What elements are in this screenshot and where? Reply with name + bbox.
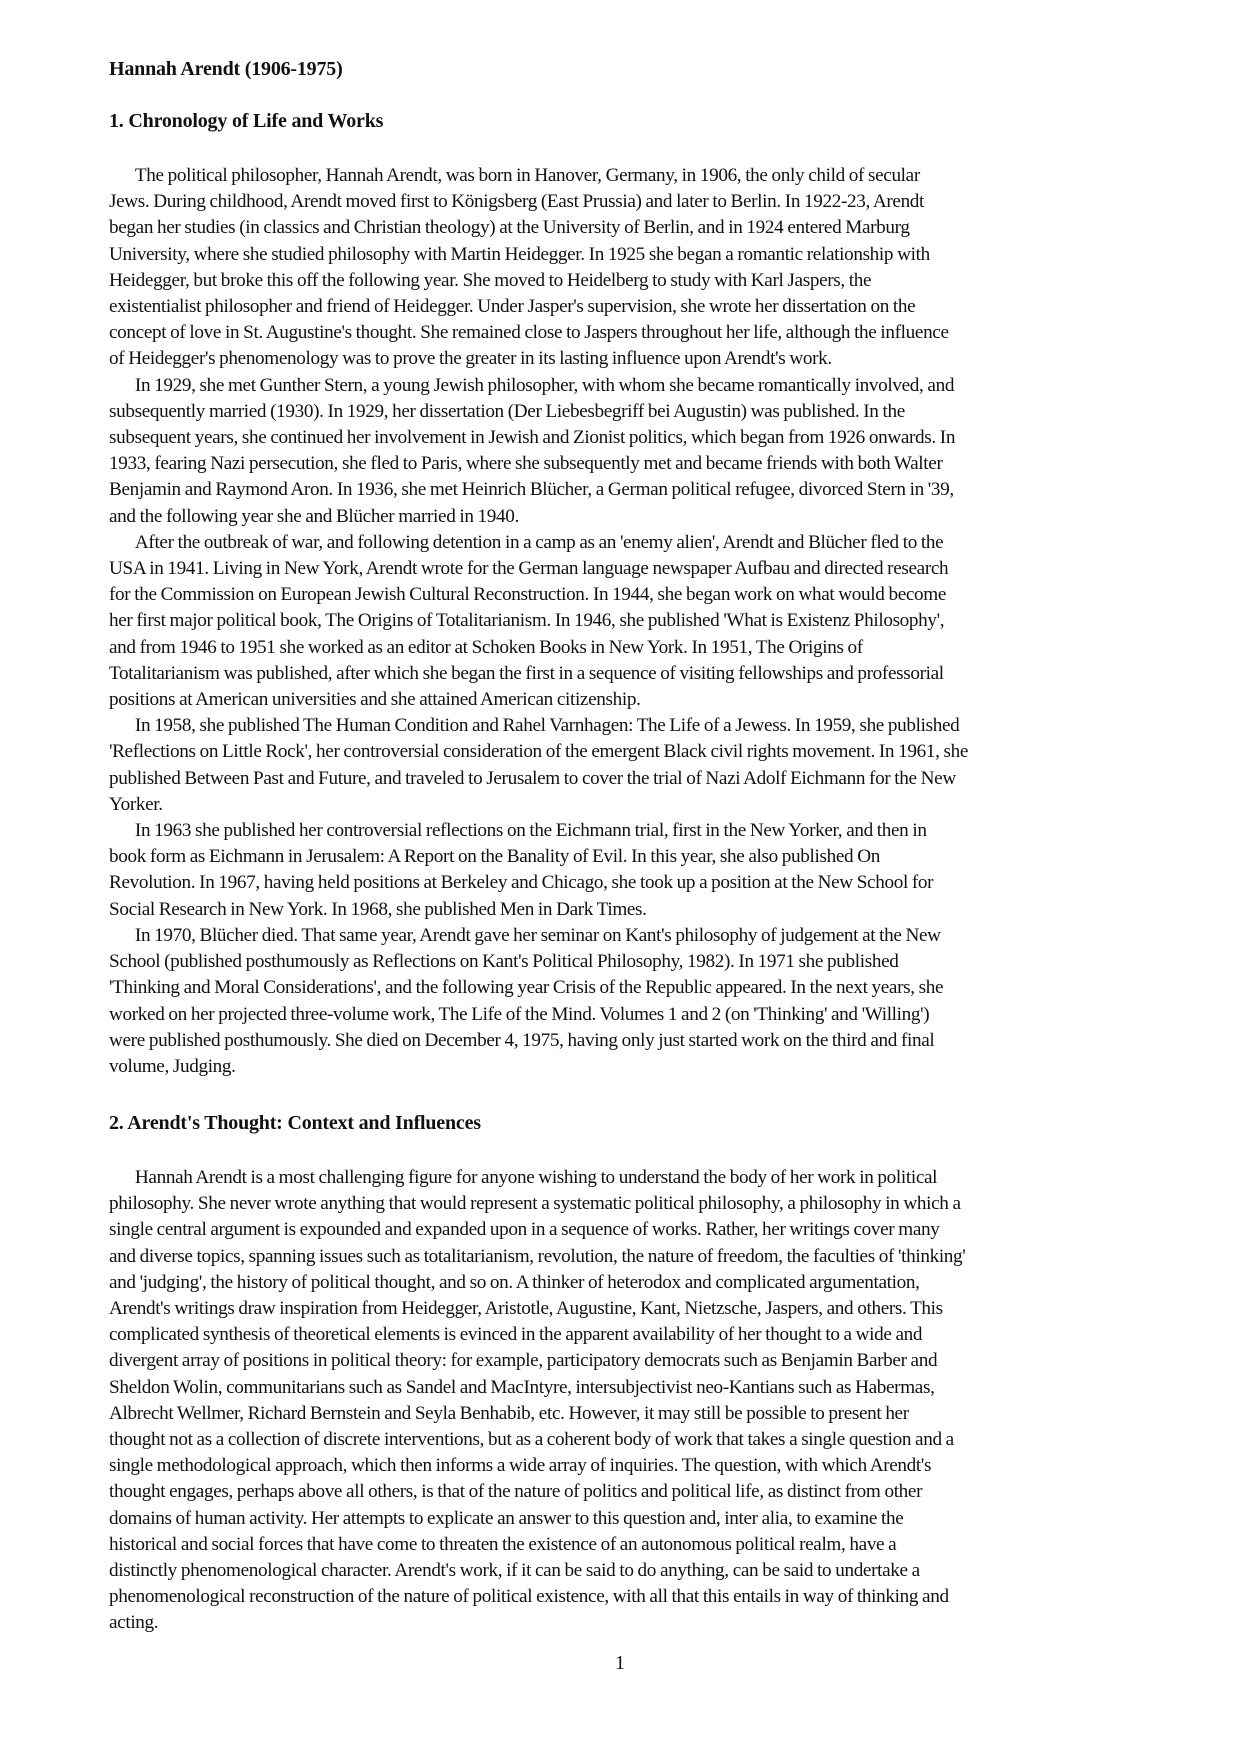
text-line: Social Research in New York. In 1968, sh… [109, 897, 1169, 923]
text-line: of Heidegger's phenomenology was to prov… [109, 346, 1169, 372]
text-line: subsequently married (1930). In 1929, he… [109, 399, 1169, 425]
text-line: In 1929, she met Gunther Stern, a young … [109, 373, 1169, 399]
text-line: domains of human activity. Her attempts … [109, 1506, 1169, 1532]
text-line: phenomenological reconstruction of the n… [109, 1584, 1169, 1610]
text-line: distinctly phenomenological character. A… [109, 1558, 1169, 1584]
text-line: In 1963 she published her controversial … [109, 818, 1169, 844]
text-line: After the outbreak of war, and following… [109, 530, 1169, 556]
text-line: worked on her projected three-volume wor… [109, 1002, 1169, 1028]
text-line: 'Thinking and Moral Considerations', and… [109, 975, 1169, 1001]
paragraph-1958: In 1958, she published The Human Conditi… [109, 713, 1169, 818]
text-line: Yorker. [109, 792, 1169, 818]
paragraph-1929-1940: In 1929, she met Gunther Stern, a young … [109, 373, 1169, 530]
paragraph-thought-intro: Hannah Arendt is a most challenging figu… [109, 1165, 1169, 1637]
text-line: were published posthumously. She died on… [109, 1028, 1169, 1054]
text-line: and the following year she and Blücher m… [109, 504, 1169, 530]
document-page: Hannah Arendt (1906-1975) 1. Chronology … [0, 0, 1240, 1754]
text-line: and 'judging', the history of political … [109, 1270, 1169, 1296]
text-line: Benjamin and Raymond Aron. In 1936, she … [109, 477, 1169, 503]
text-line: began her studies (in classics and Chris… [109, 215, 1169, 241]
text-line: historical and social forces that have c… [109, 1532, 1169, 1558]
text-line: 'Reflections on Little Rock', her contro… [109, 739, 1169, 765]
text-line: and diverse topics, spanning issues such… [109, 1244, 1169, 1270]
text-line: Arendt's writings draw inspiration from … [109, 1296, 1169, 1322]
text-line: acting. [109, 1610, 1169, 1636]
page-number: 1 [0, 1652, 1240, 1675]
paragraph-1963: In 1963 she published her controversial … [109, 818, 1169, 923]
text-line: The political philosopher, Hannah Arendt… [109, 163, 1169, 189]
text-line: positions at American universities and s… [109, 687, 1169, 713]
text-line: In 1958, she published The Human Conditi… [109, 713, 1169, 739]
text-line: Hannah Arendt is a most challenging figu… [109, 1165, 1169, 1191]
text-line: and from 1946 to 1951 she worked as an e… [109, 635, 1169, 661]
section-heading-chronology: 1. Chronology of Life and Works [109, 110, 383, 133]
text-line: School (published posthumously as Reflec… [109, 949, 1169, 975]
text-line: existentialist philosopher and friend of… [109, 294, 1169, 320]
text-line: volume, Judging. [109, 1054, 1169, 1080]
paragraph-usa-1941: After the outbreak of war, and following… [109, 530, 1169, 713]
text-line: divergent array of positions in politica… [109, 1348, 1169, 1374]
text-line: Jews. During childhood, Arendt moved fir… [109, 189, 1169, 215]
text-line: Revolution. In 1967, having held positio… [109, 870, 1169, 896]
text-line: USA in 1941. Living in New York, Arendt … [109, 556, 1169, 582]
text-line: published Between Past and Future, and t… [109, 766, 1169, 792]
paragraph-early-life: The political philosopher, Hannah Arendt… [109, 163, 1169, 373]
text-line: single methodological approach, which th… [109, 1453, 1169, 1479]
section-body-thought: Hannah Arendt is a most challenging figu… [109, 1165, 1169, 1637]
document-title: Hannah Arendt (1906-1975) [109, 58, 343, 81]
text-line: single central argument is expounded and… [109, 1217, 1169, 1243]
text-line: 1933, fearing Nazi persecution, she fled… [109, 451, 1169, 477]
text-line: subsequent years, she continued her invo… [109, 425, 1169, 451]
text-line: book form as Eichmann in Jerusalem: A Re… [109, 844, 1169, 870]
section-heading-thought: 2. Arendt's Thought: Context and Influen… [109, 1112, 481, 1135]
text-line: Sheldon Wolin, communitarians such as Sa… [109, 1375, 1169, 1401]
text-line: Totalitarianism was published, after whi… [109, 661, 1169, 687]
text-line: thought not as a collection of discrete … [109, 1427, 1169, 1453]
text-line: Heidegger, but broke this off the follow… [109, 268, 1169, 294]
text-line: University, where she studied philosophy… [109, 242, 1169, 268]
text-line: In 1970, Blücher died. That same year, A… [109, 923, 1169, 949]
text-line: concept of love in St. Augustine's thoug… [109, 320, 1169, 346]
paragraph-1970: In 1970, Blücher died. That same year, A… [109, 923, 1169, 1080]
text-line: her first major political book, The Orig… [109, 608, 1169, 634]
text-line: complicated synthesis of theoretical ele… [109, 1322, 1169, 1348]
text-line: for the Commission on European Jewish Cu… [109, 582, 1169, 608]
text-line: thought engages, perhaps above all other… [109, 1479, 1169, 1505]
text-line: philosophy. She never wrote anything tha… [109, 1191, 1169, 1217]
section-body-chronology: The political philosopher, Hannah Arendt… [109, 163, 1169, 1080]
text-line: Albrecht Wellmer, Richard Bernstein and … [109, 1401, 1169, 1427]
